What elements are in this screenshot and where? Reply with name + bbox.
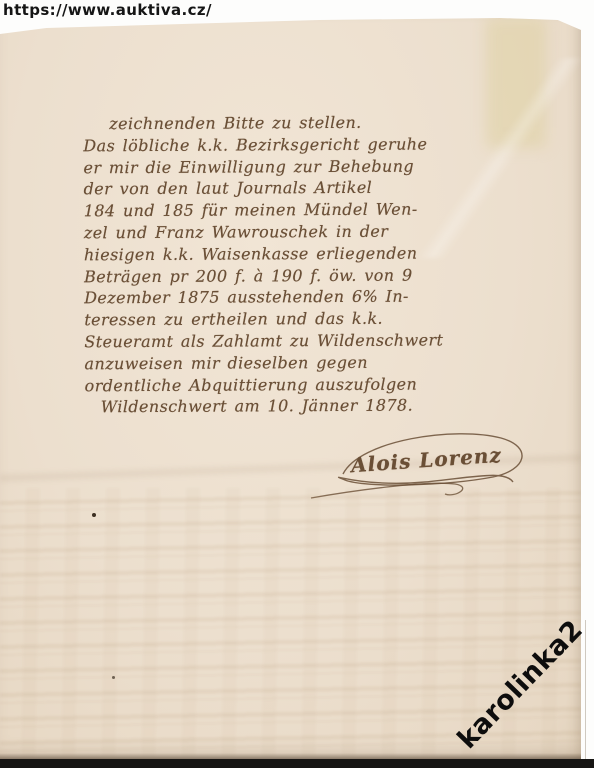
handwritten-line: hiesigen k.k. Waisenkasse erliegenden: [84, 241, 581, 265]
paper-speck: [112, 676, 115, 679]
handwritten-line: zeichnenden Bitte zu stellen.: [83, 111, 581, 135]
handwritten-line: Beträgen pr 200 f. à 190 f. öw. von 9: [84, 263, 581, 287]
scan-edge-shadow: [585, 620, 586, 759]
handwritten-line: zel und Franz Wawrouschek in der: [84, 220, 581, 244]
handwritten-line: er mir die Einwilligung zur Behebung: [83, 154, 581, 178]
handwritten-dateline: Wildenschwert am 10. Jänner 1878.: [85, 394, 581, 418]
handwritten-line: 184 und 185 für meinen Mündel Wen-: [84, 198, 581, 222]
handwritten-line: Steueramt als Zahlamt zu Wildenschwert: [84, 329, 581, 353]
handwritten-line: anzuweisen mir dieselben gegen: [84, 350, 581, 374]
scanned-letter-page: zeichnenden Bitte zu stellen. Das löblic…: [0, 18, 581, 759]
source-url-watermark: https://www.auktiva.cz/: [3, 1, 212, 19]
handwritten-line: ordentliche Abquittierung auszufolgen: [85, 372, 581, 396]
handwritten-line: der von den laut Journals Artikel: [84, 176, 581, 200]
handwritten-line: Dezember 1875 ausstehenden 6% In-: [84, 285, 581, 309]
scan-bottom-edge: [0, 759, 594, 768]
paper-speck: [92, 513, 96, 517]
handwritten-line: teressen zu ertheilen und das k.k.: [84, 307, 581, 331]
handwritten-line: Das löbliche k.k. Bezirksgericht geruhe: [83, 132, 581, 156]
handwritten-text-block: zeichnenden Bitte zu stellen. Das löblic…: [83, 111, 581, 419]
